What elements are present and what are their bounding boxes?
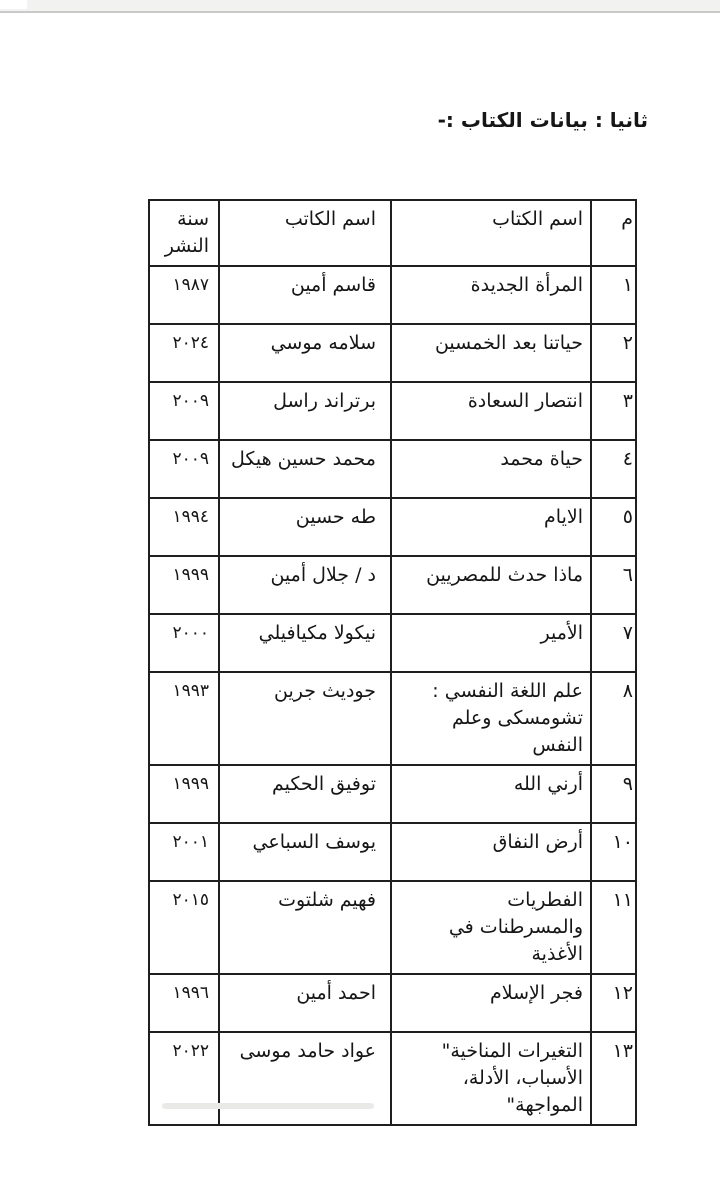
header-publish-year: سنة النشر xyxy=(149,200,219,266)
table-row: ٣ انتصار السعادة برتراند راسل ٢٠٠٩ xyxy=(149,382,636,440)
table-row: ٩ أرني الله توفيق الحكيم ١٩٩٩ xyxy=(149,765,636,823)
book-name-cell: فجر الإسلام xyxy=(391,974,591,1032)
author-name-cell: فهيم شلتوت xyxy=(219,881,391,974)
author-name-cell: قاسم أمين xyxy=(219,266,391,324)
table-row: ١ المرأة الجديدة قاسم أمين ١٩٨٧ xyxy=(149,266,636,324)
publish-year-cell: ١٩٩٣ xyxy=(149,672,219,765)
publish-year-cell: ١٩٩٩ xyxy=(149,556,219,614)
table-row: ٨ علم اللغة النفسي : تشومسكى وعلم النفس … xyxy=(149,672,636,765)
table-row: ١٢ فجر الإسلام احمد أمين ١٩٩٦ xyxy=(149,974,636,1032)
publish-year-cell: ٢٠٢٤ xyxy=(149,324,219,382)
book-name-cell: أرض النفاق xyxy=(391,823,591,881)
book-name-cell: الايام xyxy=(391,498,591,556)
author-name-cell: نيكولا مكيافيلي xyxy=(219,614,391,672)
publish-year-cell: ٢٠٠١ xyxy=(149,823,219,881)
author-name-cell: توفيق الحكيم xyxy=(219,765,391,823)
table-row: ١٣ التغيرات المناخية" الأسباب، الأدلة، ا… xyxy=(149,1032,636,1125)
table-body: ١ المرأة الجديدة قاسم أمين ١٩٨٧ ٢ حياتنا… xyxy=(149,266,636,1125)
row-number-cell: ٥ xyxy=(591,498,636,556)
table-row: ٧ الأمير نيكولا مكيافيلي ٢٠٠٠ xyxy=(149,614,636,672)
row-number-cell: ٩ xyxy=(591,765,636,823)
author-name-cell: جوديث جرين xyxy=(219,672,391,765)
book-name-cell: حياة محمد xyxy=(391,440,591,498)
row-number-cell: ٦ xyxy=(591,556,636,614)
row-number-cell: ١ xyxy=(591,266,636,324)
book-name-cell: الفطريات والمسرطنات في الأغذية xyxy=(391,881,591,974)
author-name-cell: يوسف السباعي xyxy=(219,823,391,881)
table-row: ٦ ماذا حدث للمصريين د / جلال أمين ١٩٩٩ xyxy=(149,556,636,614)
row-number-cell: ٨ xyxy=(591,672,636,765)
book-name-cell: حياتنا بعد الخمسين xyxy=(391,324,591,382)
row-number-cell: ١٣ xyxy=(591,1032,636,1125)
header-row-number: م xyxy=(591,200,636,266)
table-row: ٥ الايام طه حسين ١٩٩٤ xyxy=(149,498,636,556)
page-top-corner-notch xyxy=(0,0,27,9)
book-name-cell: ماذا حدث للمصريين xyxy=(391,556,591,614)
header-book-name: اسم الكتاب xyxy=(391,200,591,266)
photo-smudge-artifact xyxy=(162,1103,374,1109)
table-row: ٤ حياة محمد محمد حسين هيكل ٢٠٠٩ xyxy=(149,440,636,498)
author-name-cell: برتراند راسل xyxy=(219,382,391,440)
publish-year-cell: ٢٠١٥ xyxy=(149,881,219,974)
publish-year-cell: ١٩٨٧ xyxy=(149,266,219,324)
author-name-cell: عواد حامد موسى xyxy=(219,1032,391,1125)
author-name-cell: محمد حسين هيكل xyxy=(219,440,391,498)
publish-year-cell: ١٩٩٦ xyxy=(149,974,219,1032)
table-row: ١١ الفطريات والمسرطنات في الأغذية فهيم ش… xyxy=(149,881,636,974)
book-name-cell: انتصار السعادة xyxy=(391,382,591,440)
row-number-cell: ٧ xyxy=(591,614,636,672)
publish-year-cell: ١٩٩٩ xyxy=(149,765,219,823)
header-author-name: اسم الكاتب xyxy=(219,200,391,266)
publish-year-cell: ١٩٩٤ xyxy=(149,498,219,556)
author-name-cell: د / جلال أمين xyxy=(219,556,391,614)
books-table: م اسم الكتاب اسم الكاتب سنة النشر ١ المر… xyxy=(148,199,637,1126)
row-number-cell: ١١ xyxy=(591,881,636,974)
document-page: ثانيا : بيانات الكتاب :- م اسم الكتاب اس… xyxy=(0,0,720,1199)
table-row: ١٠ أرض النفاق يوسف السباعي ٢٠٠١ xyxy=(149,823,636,881)
page-top-edge-artifact xyxy=(0,0,720,13)
row-number-cell: ٢ xyxy=(591,324,636,382)
publish-year-cell: ٢٠٢٢ xyxy=(149,1032,219,1125)
section-title: ثانيا : بيانات الكتاب :- xyxy=(438,108,648,132)
row-number-cell: ١٢ xyxy=(591,974,636,1032)
publish-year-cell: ٢٠٠٩ xyxy=(149,382,219,440)
row-number-cell: ٣ xyxy=(591,382,636,440)
author-name-cell: طه حسين xyxy=(219,498,391,556)
row-number-cell: ٤ xyxy=(591,440,636,498)
book-name-cell: أرني الله xyxy=(391,765,591,823)
table-header-row: م اسم الكتاب اسم الكاتب سنة النشر xyxy=(149,200,636,266)
author-name-cell: سلامه موسي xyxy=(219,324,391,382)
publish-year-cell: ٢٠٠٠ xyxy=(149,614,219,672)
book-name-cell: الأمير xyxy=(391,614,591,672)
publish-year-cell: ٢٠٠٩ xyxy=(149,440,219,498)
row-number-cell: ١٠ xyxy=(591,823,636,881)
book-name-cell: المرأة الجديدة xyxy=(391,266,591,324)
book-name-cell: علم اللغة النفسي : تشومسكى وعلم النفس xyxy=(391,672,591,765)
book-name-cell: التغيرات المناخية" الأسباب، الأدلة، المو… xyxy=(391,1032,591,1125)
author-name-cell: احمد أمين xyxy=(219,974,391,1032)
table-row: ٢ حياتنا بعد الخمسين سلامه موسي ٢٠٢٤ xyxy=(149,324,636,382)
